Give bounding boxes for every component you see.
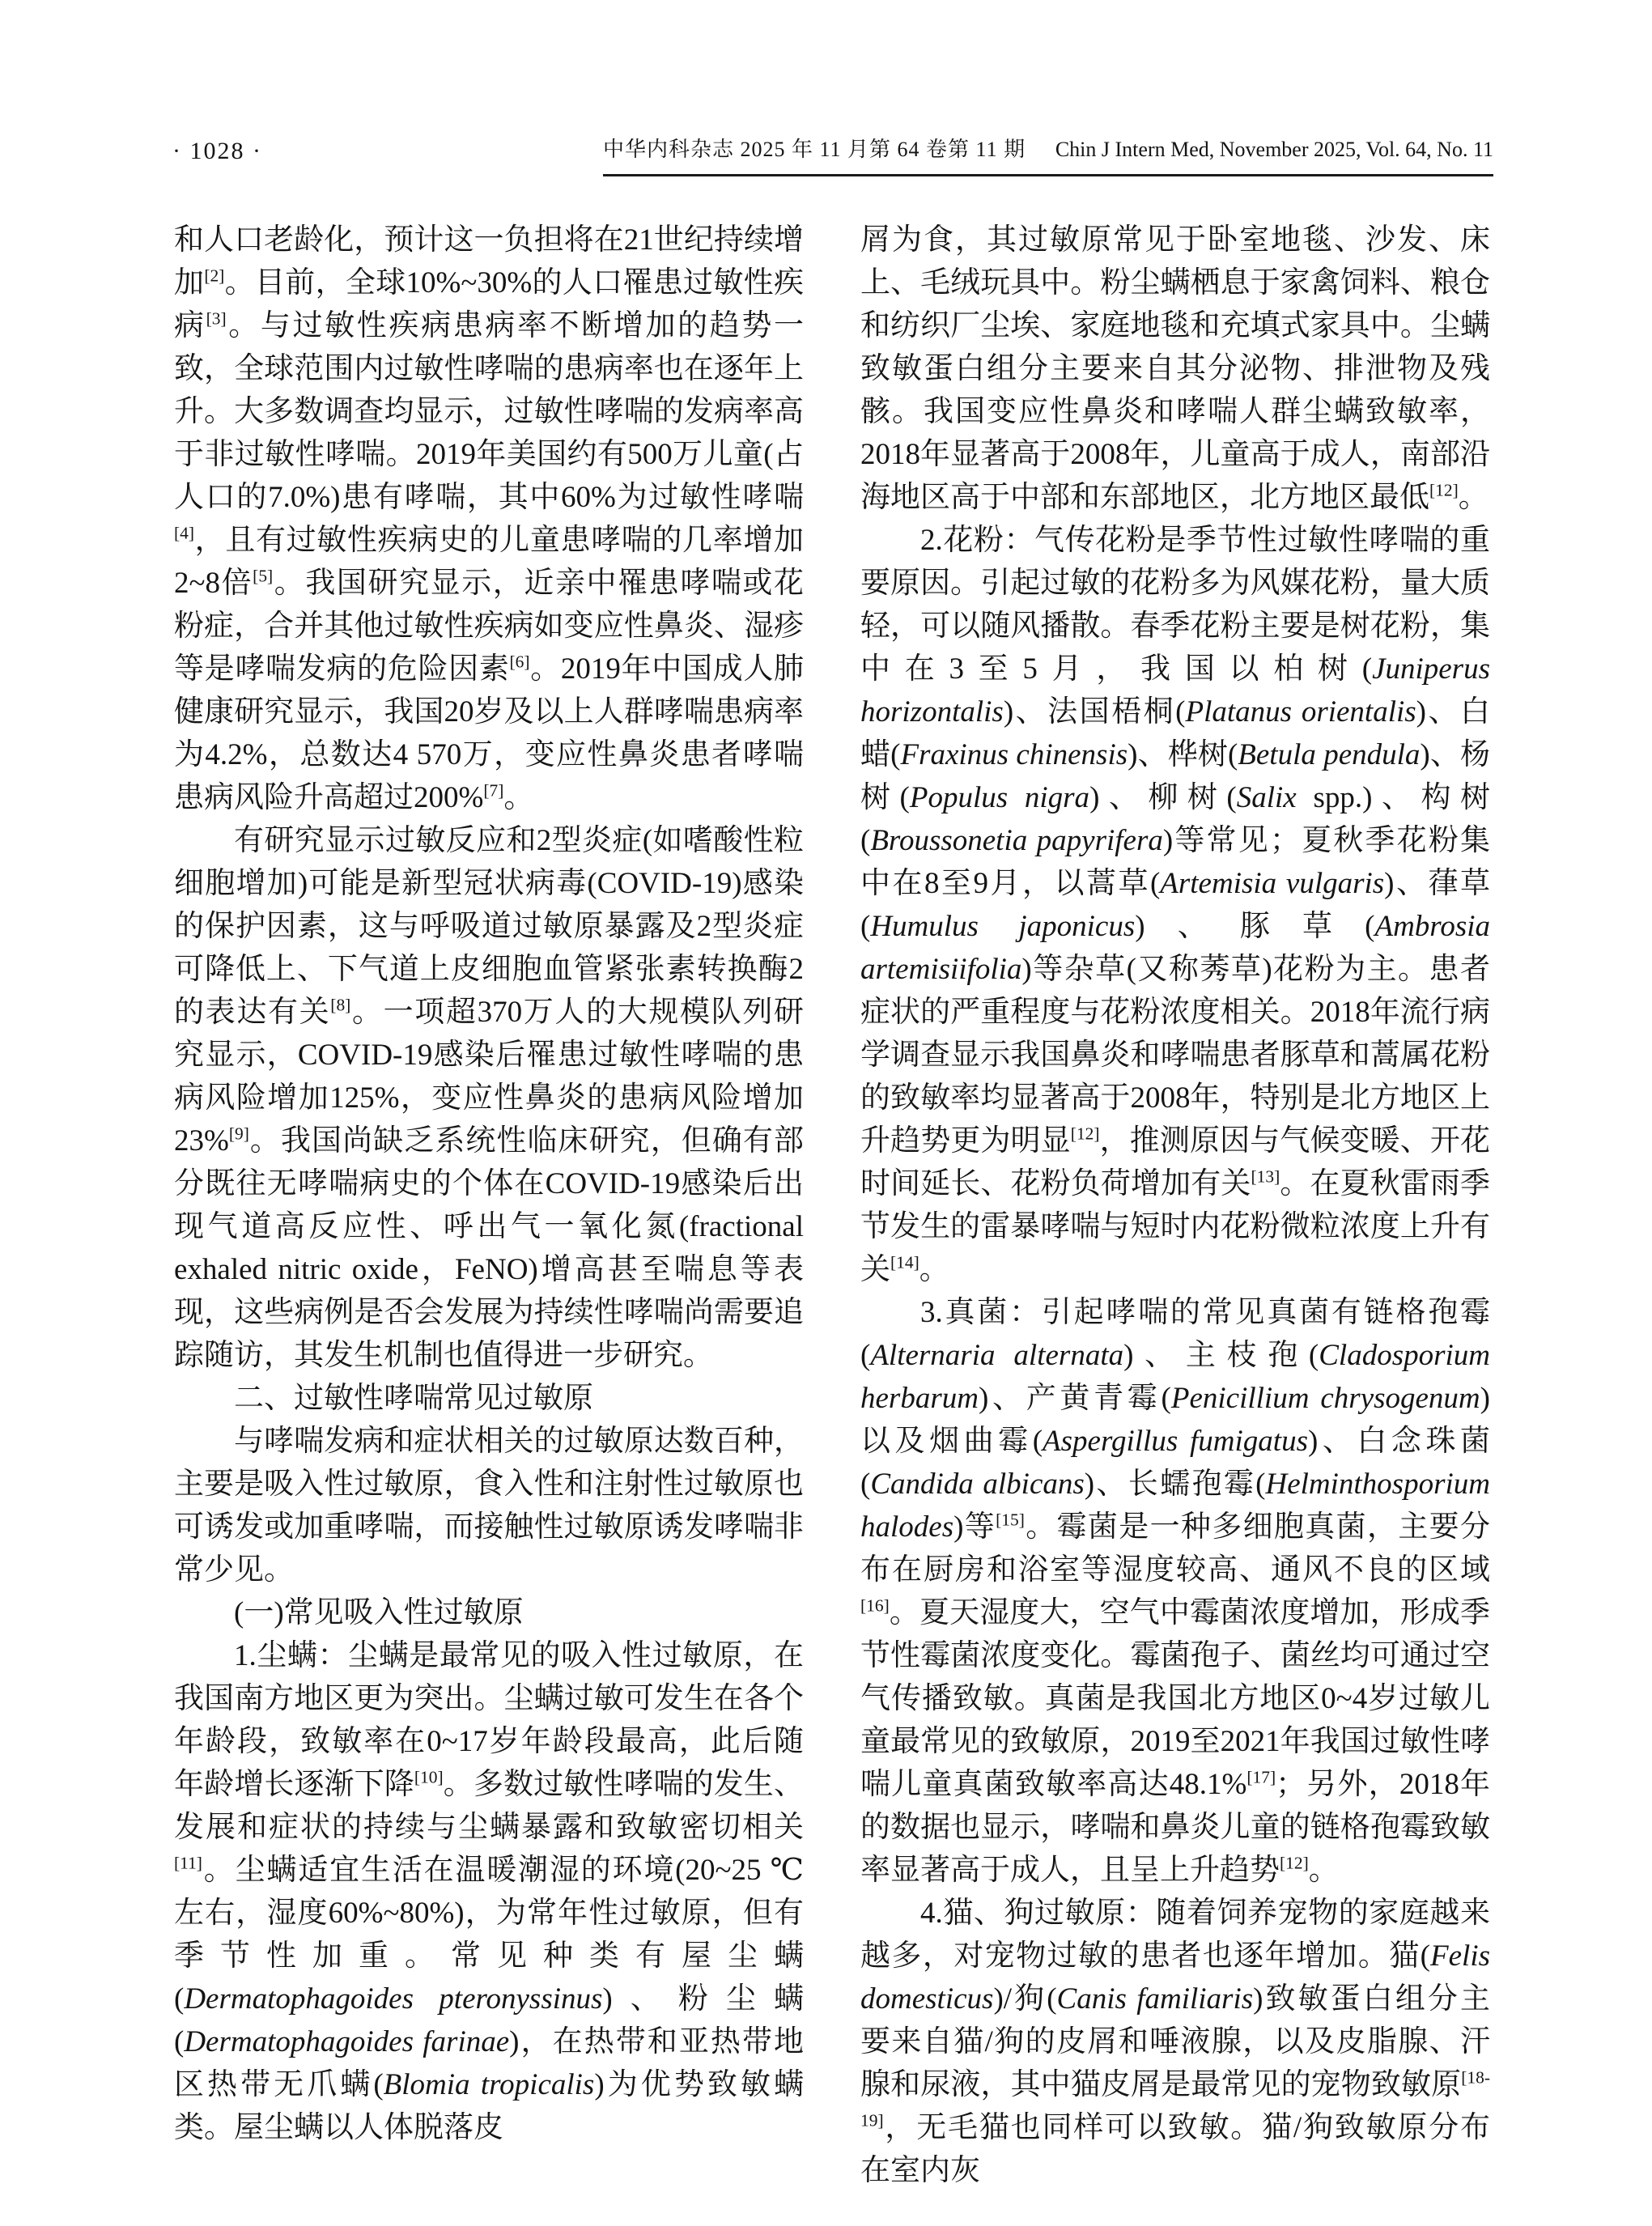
right-column: 屑为食，其过敏原常见于卧室地毯、沙发、床上、毛绒玩具中。粉尘螨栖息于家禽饲料、粮… (860, 219, 1490, 2192)
subsection-heading: (一)常见吸入性过敏原 (174, 1591, 804, 1634)
reference-marker: [16] (860, 1596, 890, 1616)
reference-marker: [18-19] (860, 2068, 1490, 2130)
paragraph: 3.真菌：引起哮喘的常见真菌有链格孢霉(Alternaria alternata… (860, 1291, 1490, 1892)
species-name: Candida albicans (870, 1468, 1084, 1501)
paragraph: 1.尘螨：尘螨是最常见的吸入性过敏原，在我国南方地区更为突出。尘螨过敏可发生在各… (174, 1634, 804, 2149)
journal-page: · 1028 · 中华内科杂志 2025 年 11 月第 64 卷第 11 期 … (0, 0, 1652, 2226)
species-name: Broussonetia papyrifera (870, 824, 1163, 857)
paragraph: 与哮喘发病和症状相关的过敏原达数百种，主要是吸入性过敏原，食入性和注射性过敏原也… (174, 1420, 804, 1591)
reference-marker: [12] (1429, 481, 1459, 500)
species-name: Canis familiaris (1057, 1982, 1254, 2016)
reference-marker: [11] (174, 1854, 202, 1873)
paragraph: 有研究显示过敏反应和2型炎症(如嗜酸性粒细胞增加)可能是新型冠状病毒(COVID… (174, 819, 804, 1377)
species-name: Salix (1237, 781, 1297, 814)
reference-marker: [2] (204, 266, 224, 286)
reference-marker: [15] (996, 1510, 1025, 1530)
species-name: Platanus orientalis (1186, 695, 1416, 729)
reference-marker: [13] (1251, 1167, 1280, 1187)
reference-marker: [12] (1071, 1124, 1100, 1144)
reference-marker: [4] (174, 524, 194, 543)
species-name: Alternaria alternata (870, 1339, 1123, 1372)
journal-citation: 中华内科杂志 2025 年 11 月第 64 卷第 11 期 Chin J In… (603, 133, 1493, 176)
article-body: 和人口老龄化，预计这一负担将在21世纪持续增加[2]。目前，全球10%~30%的… (174, 219, 1490, 2192)
paragraph: 和人口老龄化，预计这一负担将在21世纪持续增加[2]。目前，全球10%~30%的… (174, 219, 804, 819)
reference-marker: [10] (414, 1768, 444, 1787)
species-name: Populus nigra (910, 781, 1089, 814)
left-column: 和人口老龄化，预计这一负担将在21世纪持续增加[2]。目前，全球10%~30%的… (174, 219, 804, 2192)
reference-marker: [12] (1280, 1854, 1309, 1873)
species-name: Betula pendula (1238, 738, 1420, 771)
journal-citation-cn: 中华内科杂志 2025 年 11 月第 64 卷第 11 期 (603, 133, 1026, 163)
reference-marker: [5] (253, 567, 273, 586)
species-name: Humulus japonicus (870, 910, 1135, 943)
section-heading: 二、过敏性哮喘常见过敏原 (174, 1377, 804, 1420)
species-name: Artemisia vulgaris (1160, 867, 1384, 900)
species-name: Fraxinus chinensis (900, 738, 1128, 771)
reference-marker: [9] (229, 1124, 249, 1144)
paragraph: 屑为食，其过敏原常见于卧室地毯、沙发、床上、毛绒玩具中。粉尘螨栖息于家禽饲料、粮… (860, 219, 1490, 519)
species-name: Penicillium chrysogenum (1171, 1382, 1480, 1415)
reference-marker: [17] (1246, 1768, 1276, 1787)
species-name: Dermatophagoides pteronyssinus (184, 1982, 602, 2016)
reference-marker: [6] (510, 652, 530, 672)
journal-citation-en: Chin J Intern Med, November 2025, Vol. 6… (1055, 138, 1493, 162)
paragraph: 4.猫、狗过敏原：随着饲养宠物的家庭越来越多，对宠物过敏的患者也逐年增加。猫(F… (860, 1892, 1490, 2192)
species-name: Aspergillus fumigatus (1043, 1425, 1308, 1458)
reference-marker: [14] (890, 1253, 919, 1272)
paragraph: 2.花粉：气传花粉是季节性过敏性哮喘的重要原因。引起过敏的花粉多为风媒花粉，量大… (860, 519, 1490, 1291)
reference-marker: [3] (206, 309, 227, 329)
species-name: Blomia tropicalis (384, 2068, 595, 2101)
reference-marker: [7] (483, 781, 503, 801)
reference-marker: [8] (330, 996, 350, 1015)
species-name: Dermatophagoides farinae (184, 2025, 509, 2058)
page-number: · 1028 · (172, 138, 262, 165)
